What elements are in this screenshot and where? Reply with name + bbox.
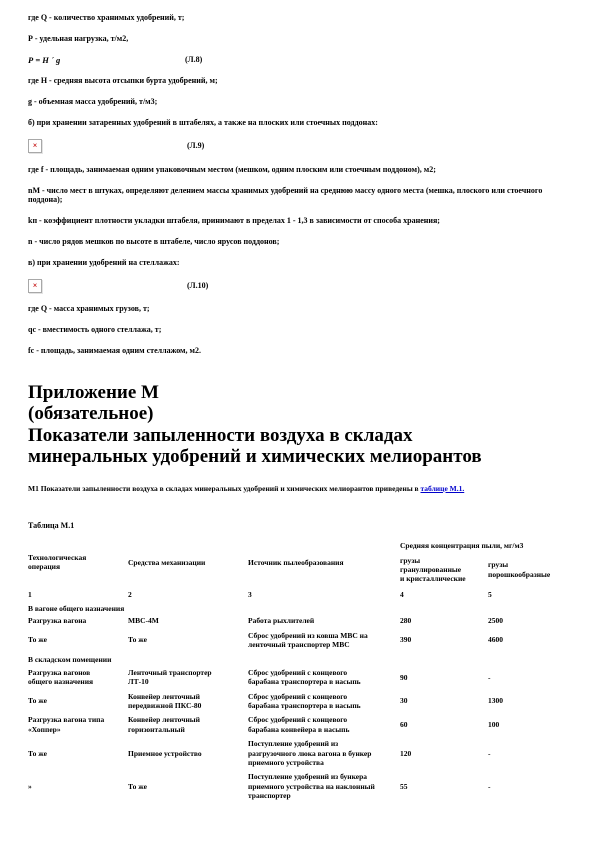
section-title: В вагоне общего назначения — [28, 601, 576, 614]
table-cell: 55 — [400, 770, 488, 803]
formula-row: ×(Л.9) — [28, 139, 575, 153]
broken-image-icon: × — [28, 279, 42, 293]
table-cell: - — [488, 770, 576, 803]
paragraph: где Н - средняя высота отсыпки бурта удо… — [28, 76, 575, 85]
table-header-row: Технологическая операция Средства механи… — [28, 539, 576, 553]
table-body: В вагоне общего назначенияРазгрузка ваго… — [28, 601, 576, 803]
table-cell: Сброс удобрений с концевого барабана тра… — [248, 689, 400, 713]
formula-text: Р = Н ´ g — [28, 55, 185, 65]
col-number: 1 — [28, 586, 128, 600]
m1-paragraph: М1 Показатели запыленности воздуха в скл… — [28, 484, 575, 493]
section-row: В вагоне общего назначения — [28, 601, 576, 614]
table-cell: То же — [128, 628, 248, 652]
table-cell: 280 — [400, 614, 488, 628]
m1-text: М1 Показатели запыленности воздуха в скл… — [28, 484, 421, 493]
table-cell: Работа рыхлителей — [248, 614, 400, 628]
formula-label: (Л.9) — [187, 141, 204, 150]
formula-label: (Л.10) — [187, 281, 208, 290]
col-number: 5 — [488, 586, 576, 600]
table-cell: Ленточный транспортер ЛТ-10 — [128, 665, 248, 689]
table-cell: Поступление удобрений из бункера приемно… — [248, 770, 400, 803]
table-cell: Разгрузка вагона типа «Хоппер» — [28, 713, 128, 737]
paragraph: fс - площадь, занимаемая одним стеллажом… — [28, 346, 575, 355]
document-page: где Q - количество хранимых удобрений, т… — [0, 0, 595, 842]
table-cell: 120 — [400, 737, 488, 770]
heading-line: (обязательное) — [28, 403, 575, 425]
section-title: В складском помещении — [28, 652, 576, 665]
table-row: »То жеПоступление удобрений из бункера п… — [28, 770, 576, 803]
paragraph: nМ - число мест в штуках, определяют дел… — [28, 186, 575, 205]
table-cell: Сброс удобрений с концевого барабана тра… — [248, 665, 400, 689]
formula-row: Р = Н ´ g(Л.8) — [28, 55, 575, 65]
header-powdered: грузы порошкообразные — [488, 553, 576, 586]
table-cell: - — [488, 665, 576, 689]
table-cell: Сброс удобрений с концевого барабана кон… — [248, 713, 400, 737]
table-cell: Разгрузка вагонов общего назначения — [28, 665, 128, 689]
table-cell: 30 — [400, 689, 488, 713]
formula-row: ×(Л.10) — [28, 279, 575, 293]
table-row: Разгрузка вагонов общего назначенияЛенто… — [28, 665, 576, 689]
table-cell: Конвейер ленточный горизонтальный — [128, 713, 248, 737]
table-cell: То же — [28, 689, 128, 713]
paragraph: где Q - масса хранимых грузов, т; — [28, 304, 575, 313]
table-row: То жеТо жеСброс удобрений из ковша МВС н… — [28, 628, 576, 652]
table-cell: 4600 — [488, 628, 576, 652]
section-row: В складском помещении — [28, 652, 576, 665]
paragraph: б) при хранении затаренных удобрений в ш… — [28, 118, 575, 127]
table-cell: Приемное устройство — [128, 737, 248, 770]
table-row: Разгрузка вагонаМВС-4МРабота рыхлителей2… — [28, 614, 576, 628]
header-mechanization: Средства механизации — [128, 539, 248, 587]
table-cell: » — [28, 770, 128, 803]
table-cell: МВС-4М — [128, 614, 248, 628]
table-caption: Таблица М.1 — [28, 521, 575, 530]
header-dust-source: Источник пылеобразования — [248, 539, 400, 587]
col-number: 3 — [248, 586, 400, 600]
paragraph: n - число рядов мешков по высоте в штабе… — [28, 237, 575, 246]
header-granulated: грузы гранулированные и кристаллические — [400, 553, 488, 586]
header-operation: Технологическая операция — [28, 539, 128, 587]
heading-line: Показатели запыленности воздуха в склада… — [28, 425, 575, 447]
heading-line: Приложение М — [28, 382, 575, 404]
table-cell: То же — [28, 628, 128, 652]
appendix-heading: Приложение М(обязательное)Показатели зап… — [28, 382, 575, 468]
table-cell: 90 — [400, 665, 488, 689]
table-cell: Поступление удобрений из разгрузочного л… — [248, 737, 400, 770]
table-row: То жеКонвейер ленточный передвижной ПКС-… — [28, 689, 576, 713]
table-cell: Сброс удобрений из ковша МВС на ленточны… — [248, 628, 400, 652]
table-cell: Разгрузка вагона — [28, 614, 128, 628]
paragraph: в) при хранении удобрений на стеллажах: — [28, 258, 575, 267]
dust-concentration-table: Технологическая операция Средства механи… — [28, 539, 576, 803]
paragraph: где f - площадь, занимаемая одним упаков… — [28, 165, 575, 174]
table-cell: 60 — [400, 713, 488, 737]
table-row: Разгрузка вагона типа «Хоппер»Конвейер л… — [28, 713, 576, 737]
paragraph: Р - удельная нагрузка, т/м2, — [28, 34, 575, 43]
table-cell: То же — [128, 770, 248, 803]
table-cell: 1300 — [488, 689, 576, 713]
table-cell: То же — [28, 737, 128, 770]
heading-line: минеральных удобрений и химических мелио… — [28, 446, 575, 468]
paragraph: qс - вместимость одного стеллажа, т; — [28, 325, 575, 334]
column-number-row: 1 2 3 4 5 — [28, 586, 576, 600]
table-cell: 390 — [400, 628, 488, 652]
broken-image-icon: × — [28, 139, 42, 153]
paragraph: kп - коэффициент плотности укладки штабе… — [28, 216, 575, 225]
header-concentration-span: Средняя концентрация пыли, мг/м3 — [400, 539, 576, 553]
col-number: 4 — [400, 586, 488, 600]
formula-label: (Л.8) — [185, 55, 202, 64]
table-m1-link[interactable]: таблице М.1. — [421, 484, 465, 493]
table-cell: 100 — [488, 713, 576, 737]
col-number: 2 — [128, 586, 248, 600]
paragraph: g - объемная масса удобрений, т/м3; — [28, 97, 575, 106]
table-cell: Конвейер ленточный передвижной ПКС-80 — [128, 689, 248, 713]
table-cell: - — [488, 737, 576, 770]
intro-section: где Q - количество хранимых удобрений, т… — [28, 13, 575, 356]
table-row: То жеПриемное устройствоПоступление удоб… — [28, 737, 576, 770]
table-cell: 2500 — [488, 614, 576, 628]
paragraph: где Q - количество хранимых удобрений, т… — [28, 13, 575, 22]
